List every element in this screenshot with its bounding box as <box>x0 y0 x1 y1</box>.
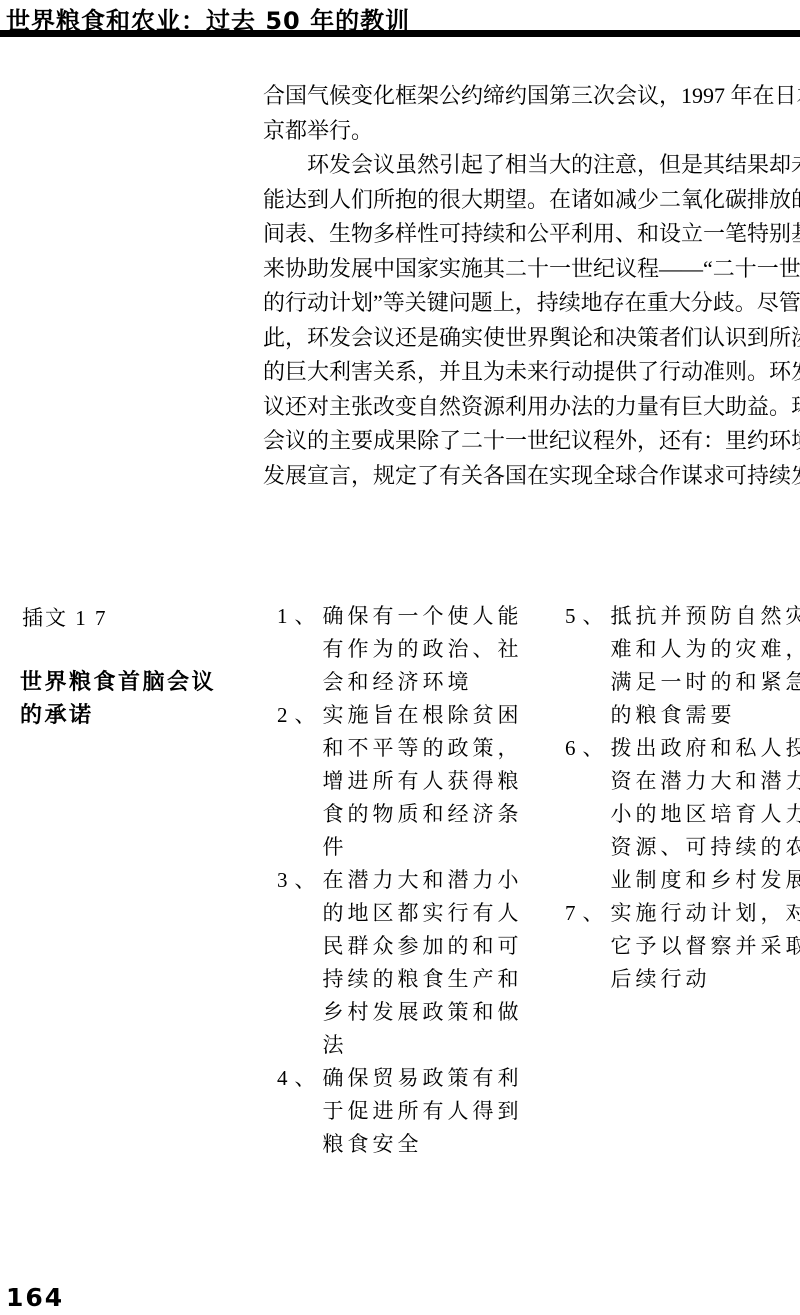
list-item-number: 1、 <box>277 600 323 633</box>
list-item-line: 民群众参加的和可 <box>323 930 523 963</box>
list-item-line: 食的物质和经济条 <box>323 798 523 831</box>
list-item-line: 增进所有人获得粮 <box>323 765 523 798</box>
list-item-line: 在潜力大和潜力小 <box>323 864 523 897</box>
list-item-line: 确保有一个使人能 <box>323 600 523 633</box>
box-list-item: 2、实施旨在根除贫困和不平等的政策，增进所有人获得粮食的物质和经济条件 <box>277 699 529 864</box>
list-item-line: 它予以督察并采取 <box>611 930 800 963</box>
list-item-text: 抵抗并预防自然灾难和人为的灾难，满足一时的和紧急的粮食需要 <box>611 600 800 732</box>
list-item-number: 2、 <box>277 699 323 732</box>
list-item-number: 5、 <box>565 600 611 633</box>
list-item-number: 6、 <box>565 732 611 765</box>
list-item-line: 拨出政府和私人投 <box>611 732 800 765</box>
box-title-line-1: 世界粮食首脑会议 <box>20 666 216 699</box>
list-item-line: 资在潜力大和潜力 <box>611 765 800 798</box>
list-item-number: 3、 <box>277 864 323 897</box>
main-text-column: 合国气候变化框架公约缔约国第三次会议，1997 年在日本京都举行。 环发会议虽然… <box>263 79 800 493</box>
list-item-line: 件 <box>323 831 523 864</box>
list-item-line: 抵抗并预防自然灾 <box>611 600 800 633</box>
list-item-text: 确保有一个使人能有作为的政治、社会和经济环境 <box>323 600 523 699</box>
list-item-line: 粮食安全 <box>323 1128 523 1161</box>
list-item-line: 的地区都实行有人 <box>323 897 523 930</box>
list-item-number: 4、 <box>277 1062 323 1095</box>
list-item-line: 后续行动 <box>611 963 800 996</box>
body-text-line: 此，环发会议还是确实使世界舆论和决策者们认识到所涉及 <box>263 321 800 356</box>
list-item-line: 持续的粮食生产和 <box>323 963 523 996</box>
list-item-line: 小的地区培育人力 <box>611 798 800 831</box>
page-number: 164 <box>6 1283 64 1312</box>
box-list-item: 7、实施行动计划，对它予以督察并采取后续行动 <box>565 897 800 996</box>
body-text-line: 的行动计划”等关键问题上，持续地存在重大分歧。尽管如 <box>263 286 800 321</box>
body-text-line: 会议的主要成果除了二十一世纪议程外，还有：里约环境与 <box>263 424 800 459</box>
box-list-item: 1、确保有一个使人能有作为的政治、社会和经济环境 <box>277 600 529 699</box>
body-text-line: 议还对主张改变自然资源利用办法的力量有巨大助益。环发 <box>263 390 800 425</box>
list-item-line: 资源、可持续的农 <box>611 831 800 864</box>
box-list-column-left: 1、确保有一个使人能有作为的政治、社会和经济环境2、实施旨在根除贫困和不平等的政… <box>277 600 529 1161</box>
box-number-label: 插文 1 7 <box>22 602 108 632</box>
body-text-line: 的巨大利害关系，并且为未来行动提供了行动准则。环发会 <box>263 355 800 390</box>
body-text-line: 发展宣言，规定了有关各国在实现全球合作谋求可持续发展 <box>263 459 800 494</box>
box-list-item: 3、在潜力大和潜力小的地区都实行有人民群众参加的和可持续的粮食生产和乡村发展政策… <box>277 864 529 1062</box>
list-item-line: 有作为的政治、社 <box>323 633 523 666</box>
scanned-document-page: 世界粮食和农业：过去 50 年的教训 合国气候变化框架公约缔约国第三次会议，19… <box>0 0 800 1315</box>
body-text-line: 来协助发展中国家实施其二十一世纪议程——“二十一世纪 <box>263 252 800 287</box>
list-item-text: 实施行动计划，对它予以督察并采取后续行动 <box>611 897 800 996</box>
box-list-column-right: 5、抵抗并预防自然灾难和人为的灾难，满足一时的和紧急的粮食需要6、拨出政府和私人… <box>565 600 800 996</box>
body-text-line: 间表、生物多样性可持续和公平利用、和设立一笔特别基金 <box>263 217 800 252</box>
box-title: 世界粮食首脑会议 的承诺 <box>20 666 216 732</box>
box-list-item: 6、拨出政府和私人投资在潜力大和潜力小的地区培育人力资源、可持续的农业制度和乡村… <box>565 732 800 897</box>
list-item-line: 实施旨在根除贫困 <box>323 699 523 732</box>
list-item-line: 法 <box>323 1029 523 1062</box>
list-item-line: 会和经济环境 <box>323 666 523 699</box>
body-text-line: 合国气候变化框架公约缔约国第三次会议，1997 年在日本 <box>263 79 800 114</box>
box-title-line-2: 的承诺 <box>20 699 216 732</box>
list-item-line: 满足一时的和紧急 <box>611 666 800 699</box>
list-item-number: 7、 <box>565 897 611 930</box>
list-item-text: 实施旨在根除贫困和不平等的政策，增进所有人获得粮食的物质和经济条件 <box>323 699 523 864</box>
body-text-line: 京都举行。 <box>263 114 800 149</box>
list-item-line: 和不平等的政策， <box>323 732 523 765</box>
list-item-line: 乡村发展政策和做 <box>323 996 523 1029</box>
body-text-line: 环发会议虽然引起了相当大的注意，但是其结果却未 <box>263 148 800 183</box>
list-item-line: 业制度和乡村发展 <box>611 864 800 897</box>
list-item-line: 难和人为的灾难， <box>611 633 800 666</box>
list-item-line: 的粮食需要 <box>611 699 800 732</box>
header-rule-divider <box>0 30 800 37</box>
body-text-line: 能达到人们所抱的很大期望。在诸如减少二氧化碳排放的时 <box>263 183 800 218</box>
list-item-line: 实施行动计划，对 <box>611 897 800 930</box>
list-item-text: 确保贸易政策有利于促进所有人得到粮食安全 <box>323 1062 523 1161</box>
list-item-text: 拨出政府和私人投资在潜力大和潜力小的地区培育人力资源、可持续的农业制度和乡村发展 <box>611 732 800 897</box>
box-list-item: 4、确保贸易政策有利于促进所有人得到粮食安全 <box>277 1062 529 1161</box>
list-item-line: 确保贸易政策有利 <box>323 1062 523 1095</box>
box-list-item: 5、抵抗并预防自然灾难和人为的灾难，满足一时的和紧急的粮食需要 <box>565 600 800 732</box>
list-item-text: 在潜力大和潜力小的地区都实行有人民群众参加的和可持续的粮食生产和乡村发展政策和做… <box>323 864 523 1062</box>
list-item-line: 于促进所有人得到 <box>323 1095 523 1128</box>
